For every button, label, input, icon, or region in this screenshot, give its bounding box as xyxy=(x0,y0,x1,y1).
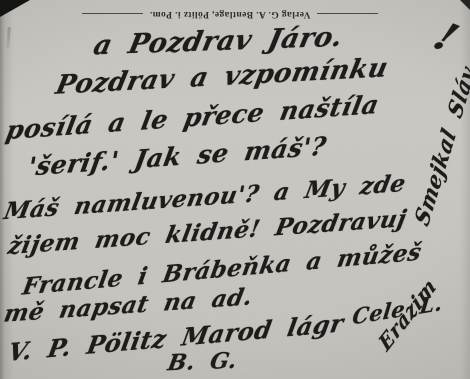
scan-corner-shadow-topleft xyxy=(0,0,30,17)
postcard-scan: { "printed_header": { "text": "Verlag G.… xyxy=(0,0,470,379)
printed-rule-left xyxy=(317,14,378,15)
printed-publisher-line: Verlag G. A. Bentlage, Pölitz i. Pom. xyxy=(82,7,378,21)
printed-rule-right xyxy=(82,14,143,15)
smudge-mark xyxy=(6,27,11,49)
scan-corner-shadow-topright xyxy=(460,0,470,10)
handwritten-line-greeting: a Pozdrav Járo. xyxy=(91,22,346,62)
publisher-text: Verlag G. A. Bentlage, Pölitz i. Pom. xyxy=(150,9,311,19)
handwritten-initials: B. G. xyxy=(166,348,240,377)
margin-signature-vertical: Smejkal Sláv xyxy=(410,61,470,230)
exclamation-stroke: ! xyxy=(426,14,466,62)
